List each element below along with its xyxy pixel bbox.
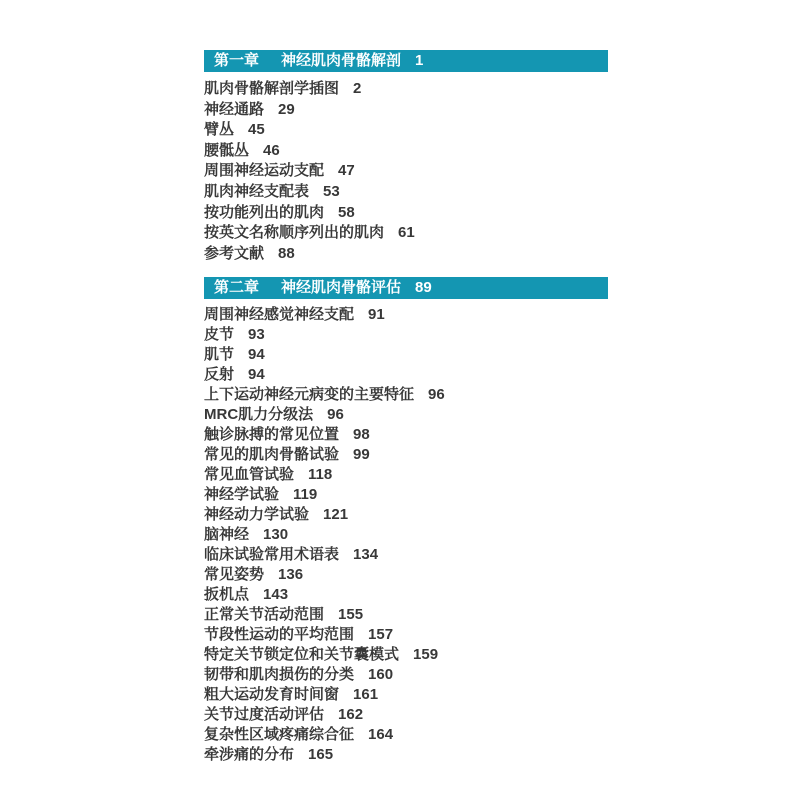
toc-item-page: 29 (278, 101, 295, 118)
toc-item: 临床试验常用术语表134 (204, 545, 608, 565)
toc-item-page: 160 (368, 666, 393, 683)
toc-item-title: 正常关节活动范围 (204, 606, 324, 623)
toc-item: 常见的肌肉骨骼试验99 (204, 445, 608, 465)
toc-item: 肌肉神经支配表53 (204, 182, 608, 203)
toc-item: 皮节93 (204, 325, 608, 345)
toc-item: 上下运动神经元病变的主要特征96 (204, 385, 608, 405)
book-toc-page: 第一章神经肌肉骨骼解剖1 肌肉骨骼解剖学插图2 神经通路29 臂丛45 腰骶丛4… (0, 0, 800, 800)
toc-item: 复杂性区域疼痛综合征164 (204, 725, 608, 745)
toc-item-title: 肌节 (204, 346, 234, 363)
toc-item: 周围神经运动支配47 (204, 161, 608, 182)
toc-item-title: 肌肉骨骼解剖学插图 (204, 80, 339, 97)
chapter-2-section: 第二章神经肌肉骨骼评估89 周围神经感觉神经支配91 皮节93 肌节94 反射9… (204, 277, 608, 765)
toc-item: 肌节94 (204, 345, 608, 365)
toc-item-page: 94 (248, 346, 265, 363)
toc-item-page: 136 (278, 566, 303, 583)
toc-item-title: 臂丛 (204, 121, 234, 138)
toc-item: 腰骶丛46 (204, 141, 608, 162)
chapter-1-section: 第一章神经肌肉骨骼解剖1 肌肉骨骼解剖学插图2 神经通路29 臂丛45 腰骶丛4… (204, 50, 608, 264)
toc-item-title: 腰骶丛 (204, 142, 249, 159)
toc-item-title: 肌肉神经支配表 (204, 183, 309, 200)
toc-item-page: 162 (338, 706, 363, 723)
chapter-number: 第一章 (214, 52, 259, 69)
toc-item-page: 98 (353, 426, 370, 443)
toc-item-page: 88 (278, 245, 295, 262)
toc-item-title: 反射 (204, 366, 234, 383)
toc-item-title: 周围神经运动支配 (204, 162, 324, 179)
toc-item-page: 159 (413, 646, 438, 663)
toc-item-title: 扳机点 (204, 586, 249, 603)
toc-item-title: 韧带和肌肉损伤的分类 (204, 666, 354, 683)
toc-item: 正常关节活动范围155 (204, 605, 608, 625)
toc-item: 韧带和肌肉损伤的分类160 (204, 665, 608, 685)
toc-item-page: 118 (308, 466, 332, 483)
chapter-2-item-list: 周围神经感觉神经支配91 皮节93 肌节94 反射94 上下运动神经元病变的主要… (204, 299, 608, 765)
toc-item-page: 93 (248, 326, 265, 343)
chapter-2-header-bar: 第二章神经肌肉骨骼评估89 (204, 277, 608, 299)
toc-item-title: 神经通路 (204, 101, 264, 118)
chapter-title: 神经肌肉骨骼解剖 (281, 52, 401, 69)
toc-item-title: 按英文名称顺序列出的肌肉 (204, 224, 384, 241)
toc-item-title: 常见姿势 (204, 566, 264, 583)
toc-item-title: 神经动力学试验 (204, 506, 309, 523)
toc-item-title: MRC肌力分级法 (204, 406, 313, 423)
toc-item-title: 上下运动神经元病变的主要特征 (204, 386, 414, 403)
toc-item: 按英文名称顺序列出的肌肉61 (204, 223, 608, 244)
chapter-1-item-list: 肌肉骨骼解剖学插图2 神经通路29 臂丛45 腰骶丛46 周围神经运动支配47 … (204, 72, 608, 264)
toc-item-page: 47 (338, 162, 355, 179)
chapter-title: 神经肌肉骨骼评估 (281, 279, 401, 296)
toc-item: 关节过度活动评估162 (204, 705, 608, 725)
toc-item-title: 周围神经感觉神经支配 (204, 306, 354, 323)
toc-item-title: 神经学试验 (204, 486, 279, 503)
toc-item-title: 常见血管试验 (204, 466, 294, 483)
toc-item-page: 53 (323, 183, 340, 200)
toc-item: 节段性运动的平均范围157 (204, 625, 608, 645)
toc-item-page: 165 (308, 746, 333, 763)
chapter-page-number: 1 (415, 52, 423, 69)
toc-item: 神经学试验119 (204, 485, 608, 505)
toc-item: 周围神经感觉神经支配91 (204, 305, 608, 325)
table-of-contents: 第一章神经肌肉骨骼解剖1 肌肉骨骼解剖学插图2 神经通路29 臂丛45 腰骶丛4… (204, 50, 608, 765)
toc-item-title: 复杂性区域疼痛综合征 (204, 726, 354, 743)
toc-item-page: 121 (323, 506, 348, 523)
toc-item-title: 粗大运动发育时间窗 (204, 686, 339, 703)
chapter-number: 第二章 (214, 279, 259, 296)
toc-item-page: 58 (338, 204, 355, 221)
toc-item-page: 130 (263, 526, 288, 543)
toc-item: 常见血管试验118 (204, 465, 608, 485)
toc-item-title: 按功能列出的肌肉 (204, 204, 324, 221)
toc-item-page: 96 (327, 406, 344, 423)
toc-item-title: 参考文献 (204, 245, 264, 262)
toc-item-title: 常见的肌肉骨骼试验 (204, 446, 339, 463)
toc-item: 神经动力学试验121 (204, 505, 608, 525)
chapter-1-header-bar: 第一章神经肌肉骨骼解剖1 (204, 50, 608, 72)
toc-item-page: 119 (293, 486, 317, 503)
toc-item: MRC肌力分级法96 (204, 405, 608, 425)
toc-item: 触诊脉搏的常见位置98 (204, 425, 608, 445)
toc-item: 反射94 (204, 365, 608, 385)
toc-item: 扳机点143 (204, 585, 608, 605)
toc-item-page: 143 (263, 586, 288, 603)
toc-item-page: 61 (398, 224, 415, 241)
toc-item: 肌肉骨骼解剖学插图2 (204, 79, 608, 100)
toc-item-page: 155 (338, 606, 363, 623)
toc-item-page: 157 (368, 626, 393, 643)
toc-item-title: 特定关节锁定位和关节囊模式 (204, 646, 399, 663)
toc-item-page: 2 (353, 80, 361, 97)
toc-item-title: 皮节 (204, 326, 234, 343)
toc-item-page: 164 (368, 726, 393, 743)
toc-item: 按功能列出的肌肉58 (204, 203, 608, 224)
toc-item: 粗大运动发育时间窗161 (204, 685, 608, 705)
toc-item-title: 关节过度活动评估 (204, 706, 324, 723)
toc-item: 臂丛45 (204, 120, 608, 141)
toc-item-page: 94 (248, 366, 265, 383)
toc-item: 参考文献88 (204, 244, 608, 265)
toc-item: 牵涉痛的分布165 (204, 745, 608, 765)
toc-item: 神经通路29 (204, 100, 608, 121)
toc-item-page: 45 (248, 121, 265, 138)
toc-item-title: 临床试验常用术语表 (204, 546, 339, 563)
toc-item-page: 91 (368, 306, 385, 323)
toc-item: 脑神经130 (204, 525, 608, 545)
chapter-page-number: 89 (415, 279, 432, 296)
toc-item-title: 节段性运动的平均范围 (204, 626, 354, 643)
toc-item-page: 46 (263, 142, 280, 159)
toc-item-title: 牵涉痛的分布 (204, 746, 294, 763)
toc-item-page: 134 (353, 546, 378, 563)
toc-item: 常见姿势136 (204, 565, 608, 585)
toc-item-page: 96 (428, 386, 445, 403)
toc-item-page: 99 (353, 446, 370, 463)
toc-item-page: 161 (353, 686, 378, 703)
toc-item-title: 脑神经 (204, 526, 249, 543)
toc-item-title: 触诊脉搏的常见位置 (204, 426, 339, 443)
toc-item: 特定关节锁定位和关节囊模式159 (204, 645, 608, 665)
